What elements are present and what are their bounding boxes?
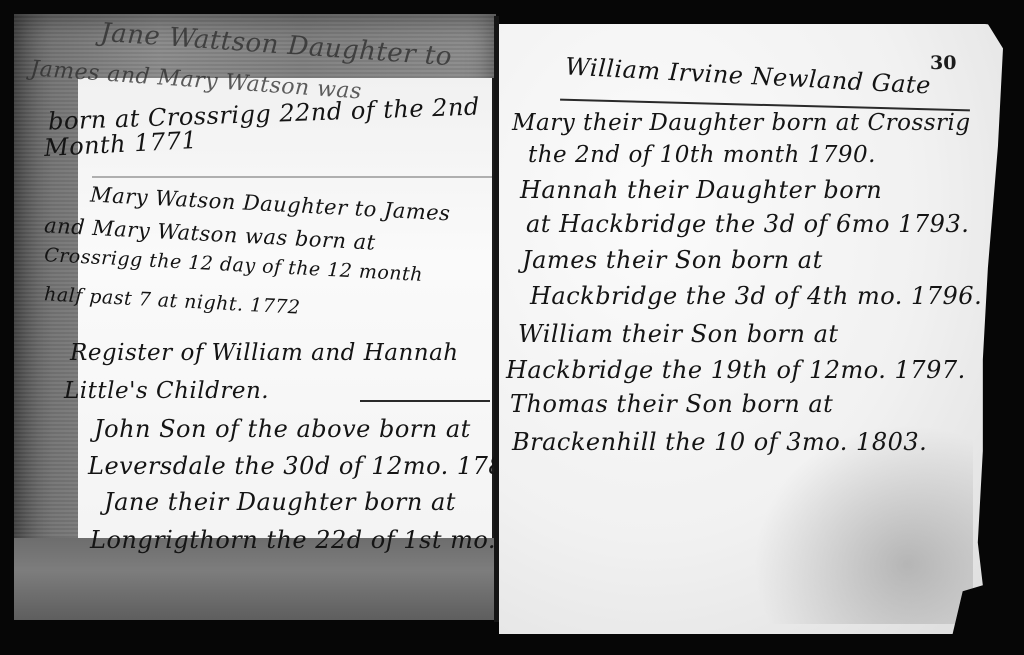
right-entry-5-line-2: Brackenhill the 10 of 3mo. 1803. — [512, 428, 927, 456]
left-child-1-line-2: Leversdale the 30d of 12mo. 1782 — [88, 452, 520, 480]
left-child-1-line-1: John Son of the above born at — [94, 415, 471, 443]
right-entry-3-line-1: James their Son born at — [522, 246, 823, 274]
divider-rule — [360, 400, 490, 402]
right-entry-1-line-2: the 2nd of 10th month 1790. — [528, 142, 876, 168]
scanned-register-spread: Jane Wattson Daughter to James and Mary … — [0, 0, 1024, 655]
register-heading-line-1: Register of William and Hannah — [70, 340, 459, 366]
right-entry-1-line-1: Mary their Daughter born at Crossrig — [512, 110, 971, 136]
right-entry-3-line-2: Hackbridge the 3d of 4th mo. 1796. — [530, 282, 982, 310]
left-child-2-line-1: Jane their Daughter born at — [104, 488, 456, 516]
book-gutter — [494, 16, 499, 622]
right-entry-2-line-2: at Hackbridge the 3d of 6mo 1793. — [526, 210, 969, 238]
page-number: 30 — [930, 52, 956, 74]
register-heading-line-2: Little's Children. — [64, 378, 269, 404]
divider-rule — [92, 176, 492, 178]
right-entry-4-line-1: William their Son born at — [518, 320, 839, 348]
right-entry-2-line-1: Hannah their Daughter born — [520, 176, 882, 204]
right-entry-5-line-1: Thomas their Son born at — [510, 390, 833, 418]
right-entry-4-line-2: Hackbridge the 19th of 12mo. 1797. — [506, 356, 966, 384]
